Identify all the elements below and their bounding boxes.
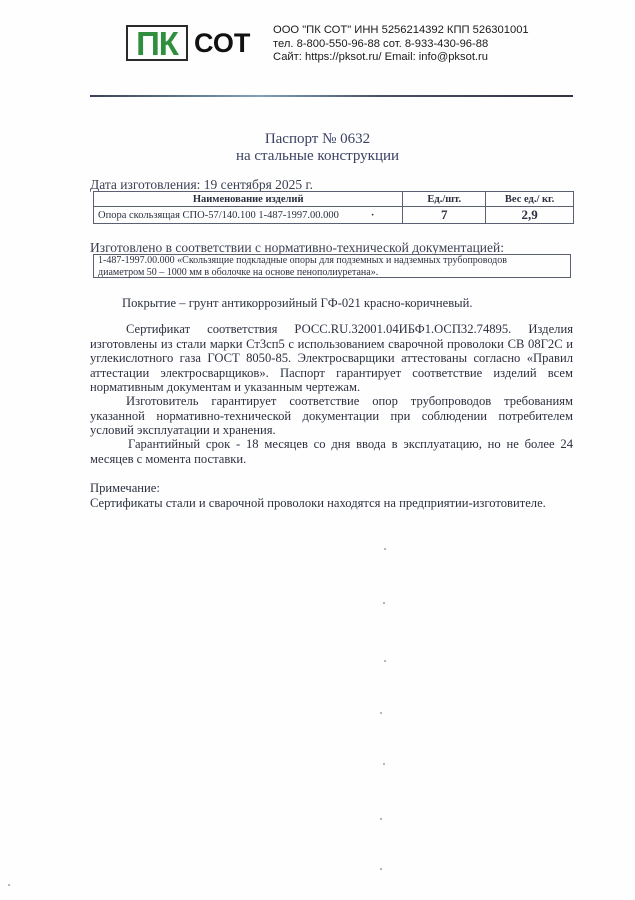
item-qty: 7 [403,207,486,224]
item-name-text: Опора скользящая СПО-57/140.100 1-487-19… [98,210,339,221]
logo-pk-mark: ПК [126,25,188,61]
document-title: Паспорт № 0632 [0,131,635,148]
company-contacts: ООО "ПК СОТ" ИНН 5256214392 КПП 52630100… [273,24,529,65]
company-phones: тел. 8-800-550-96-88 сот. 8-933-430-96-8… [273,38,529,52]
document-subtitle: на стальные конструкции [0,148,635,165]
ntd-line-1: 1-487-1997.00.000 «Скользящие подкладные… [98,255,566,267]
table-row: Опора скользящая СПО-57/140.100 1-487-19… [94,207,574,224]
header-item-name: Наименование изделий [94,192,403,207]
company-logo: ПК СОТ [126,24,250,62]
header-divider [90,95,573,97]
manufacturer-guarantee-paragraph: Изготовитель гарантирует соответствие оп… [90,394,573,438]
items-table: Наименование изделий Ед./шт. Вес ед./ кг… [93,191,574,224]
warranty-paragraph: Гарантийный срок - 18 месяцев со дня вво… [90,437,573,466]
item-name: Опора скользящая СПО-57/140.100 1-487-19… [94,207,403,224]
scan-speck [380,712,382,714]
note-label: Примечание: [90,481,573,496]
document-page: ПК СОТ ООО "ПК СОТ" ИНН 5256214392 КПП 5… [0,0,635,900]
logo-sot-text: СОТ [194,28,250,59]
company-requisites: ООО "ПК СОТ" ИНН 5256214392 КПП 52630100… [273,24,529,38]
note-text: Сертификаты стали и сварочной проволоки … [90,496,573,511]
scan-speck [8,884,10,886]
ntd-line-2: диаметром 50 – 1000 мм в оболочке на осн… [98,267,566,279]
header-qty: Ед./шт. [403,192,486,207]
item-weight: 2,9 [486,207,574,224]
scan-speck: · [371,210,375,221]
company-web-email: Сайт: https://pksot.ru/ Email: info@pkso… [273,51,529,65]
items-table-header: Наименование изделий Ед./шт. Вес ед./ кг… [94,192,574,207]
header-weight: Вес ед./ кг. [486,192,574,207]
scan-speck [380,818,382,820]
scan-speck [384,548,386,550]
coating-paragraph: Покрытие – грунт антикоррозийный ГФ-021 … [122,296,572,311]
scan-speck [380,868,382,870]
scan-speck [383,763,385,765]
scan-speck [383,602,385,604]
ntd-reference-box: 1-487-1997.00.000 «Скользящие подкладные… [93,254,571,278]
scan-speck [384,660,386,662]
certificate-paragraph: Сертификат соответствия РОСС.RU.32001.04… [90,322,573,395]
